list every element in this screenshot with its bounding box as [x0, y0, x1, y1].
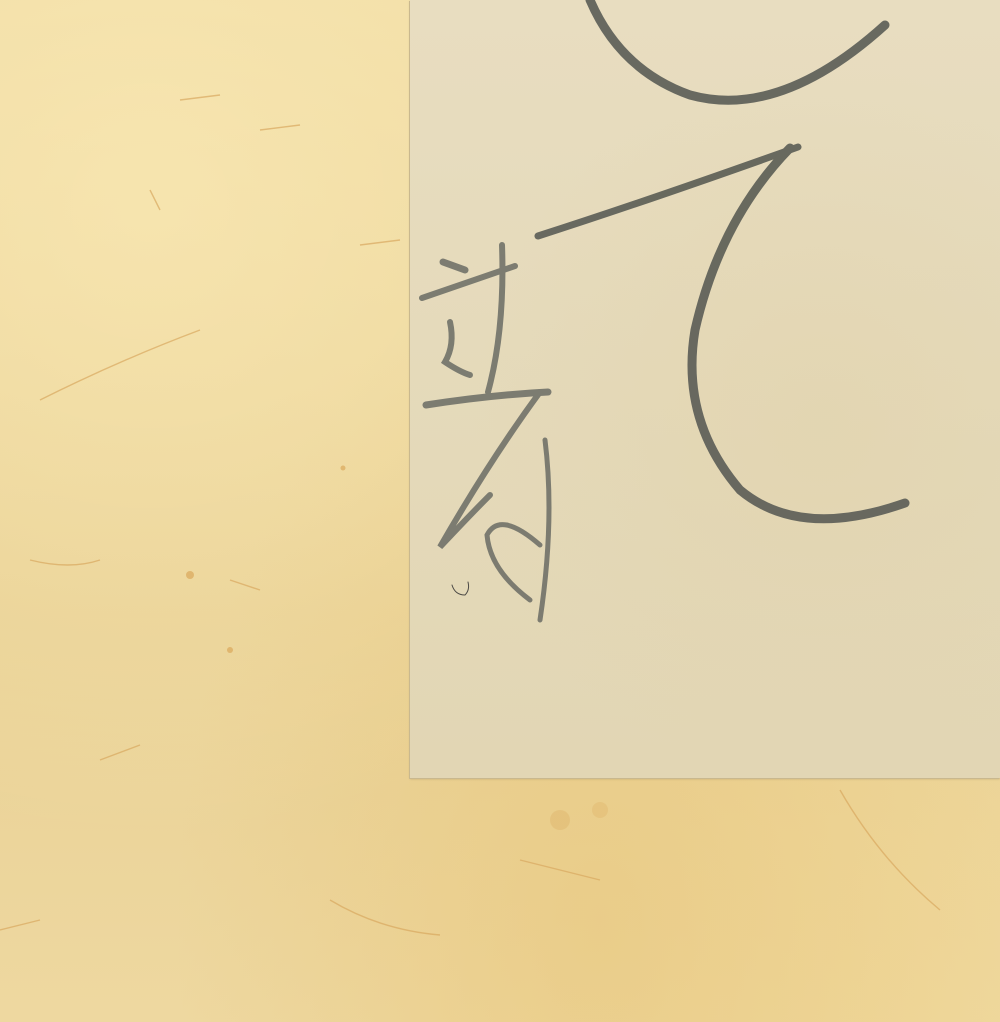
brush-stroke-arc-top — [590, 0, 885, 100]
signature — [422, 245, 549, 620]
brush-stroke-curve — [692, 148, 905, 519]
calligraphy-ink — [0, 0, 1000, 1022]
